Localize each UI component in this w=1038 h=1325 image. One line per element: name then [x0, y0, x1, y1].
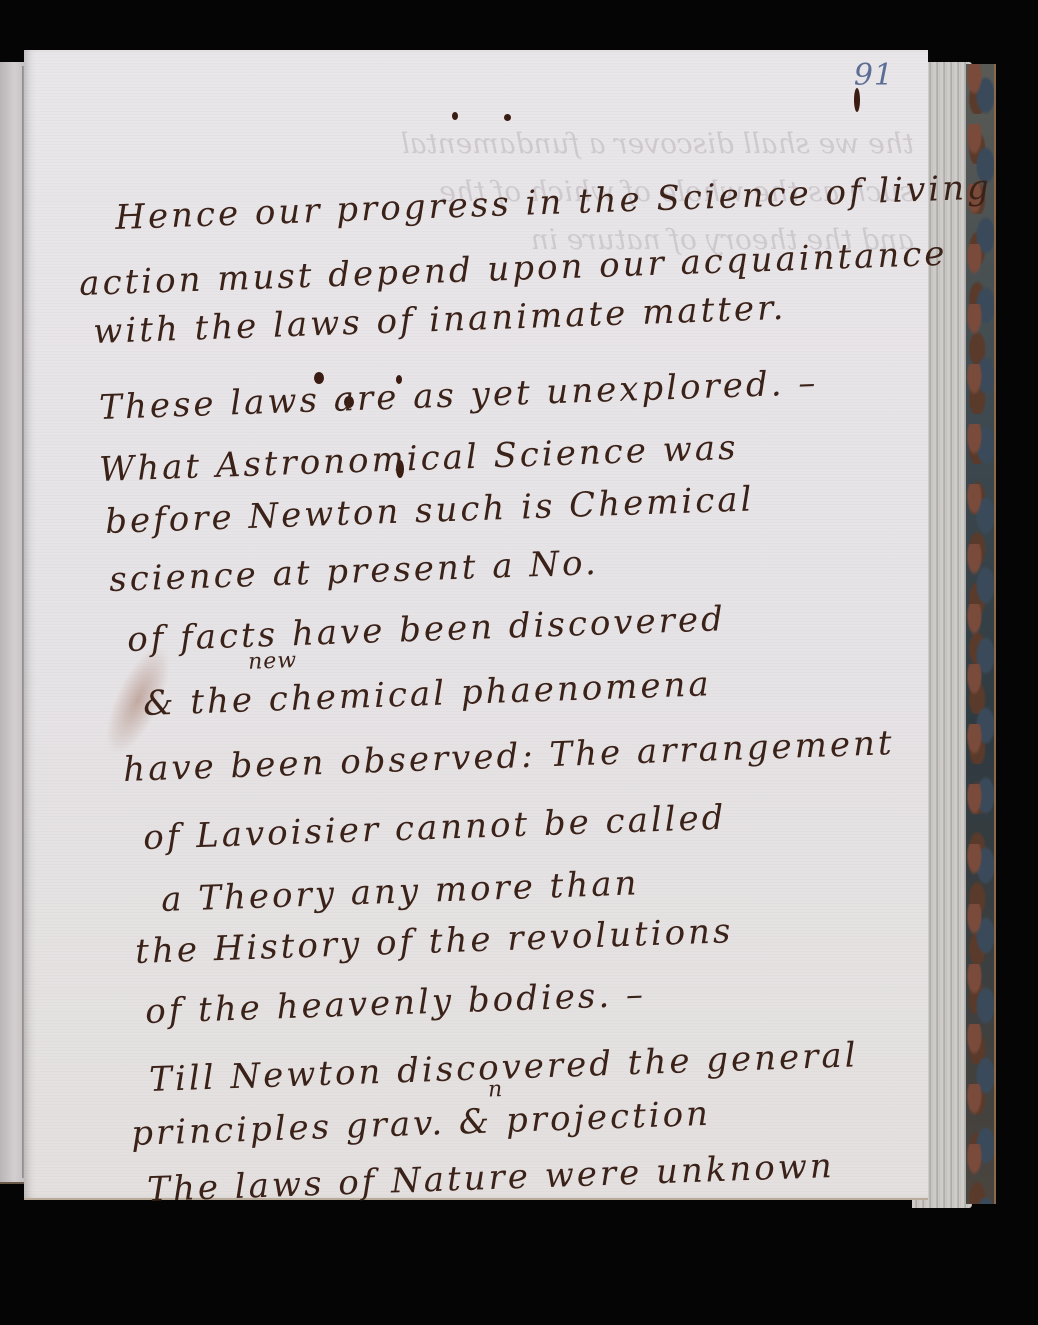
text-line: before Newton such is Chemical [105, 479, 756, 542]
text-line: a Theory any more than [161, 863, 640, 920]
marbled-cover-edge [966, 64, 996, 1204]
text-line: have been observed: The arrangement [123, 723, 896, 790]
line-text: principles grav. & projection [131, 1094, 712, 1154]
facing-page-edge [0, 62, 24, 1184]
text-line: The laws of Nature were unknown [147, 1146, 836, 1210]
text-line: These laws are as yet unexplored. – [99, 363, 819, 428]
line-text: of facts have been discovered [127, 599, 727, 660]
text-line: of the heavenly bodies. – [145, 975, 647, 1032]
text-line: action must depend upon our acquaintance [79, 234, 948, 304]
insertion-text: n [488, 1077, 504, 1103]
text-line: principles grav. & projection n [131, 1094, 712, 1154]
text-line: What Astronomical Science was [99, 428, 739, 490]
manuscript-page: 91 the we shall discover a fundamental s… [24, 50, 928, 1200]
text-line: of facts have been discovered new [127, 599, 727, 660]
insertion-text: new [248, 648, 298, 675]
text-line: & the chemical phaenomena [143, 664, 713, 724]
handwritten-text: Hence our progress in the Science of liv… [24, 50, 928, 1198]
text-line: Till Newton discovered the general [149, 1035, 860, 1100]
text-line: the History of the revolutions [135, 911, 734, 972]
text-line: Hence our progress in the Science of liv… [115, 167, 993, 238]
text-line: science at present a No. [109, 543, 600, 600]
text-line: of Lavoisier cannot be called [143, 798, 727, 858]
